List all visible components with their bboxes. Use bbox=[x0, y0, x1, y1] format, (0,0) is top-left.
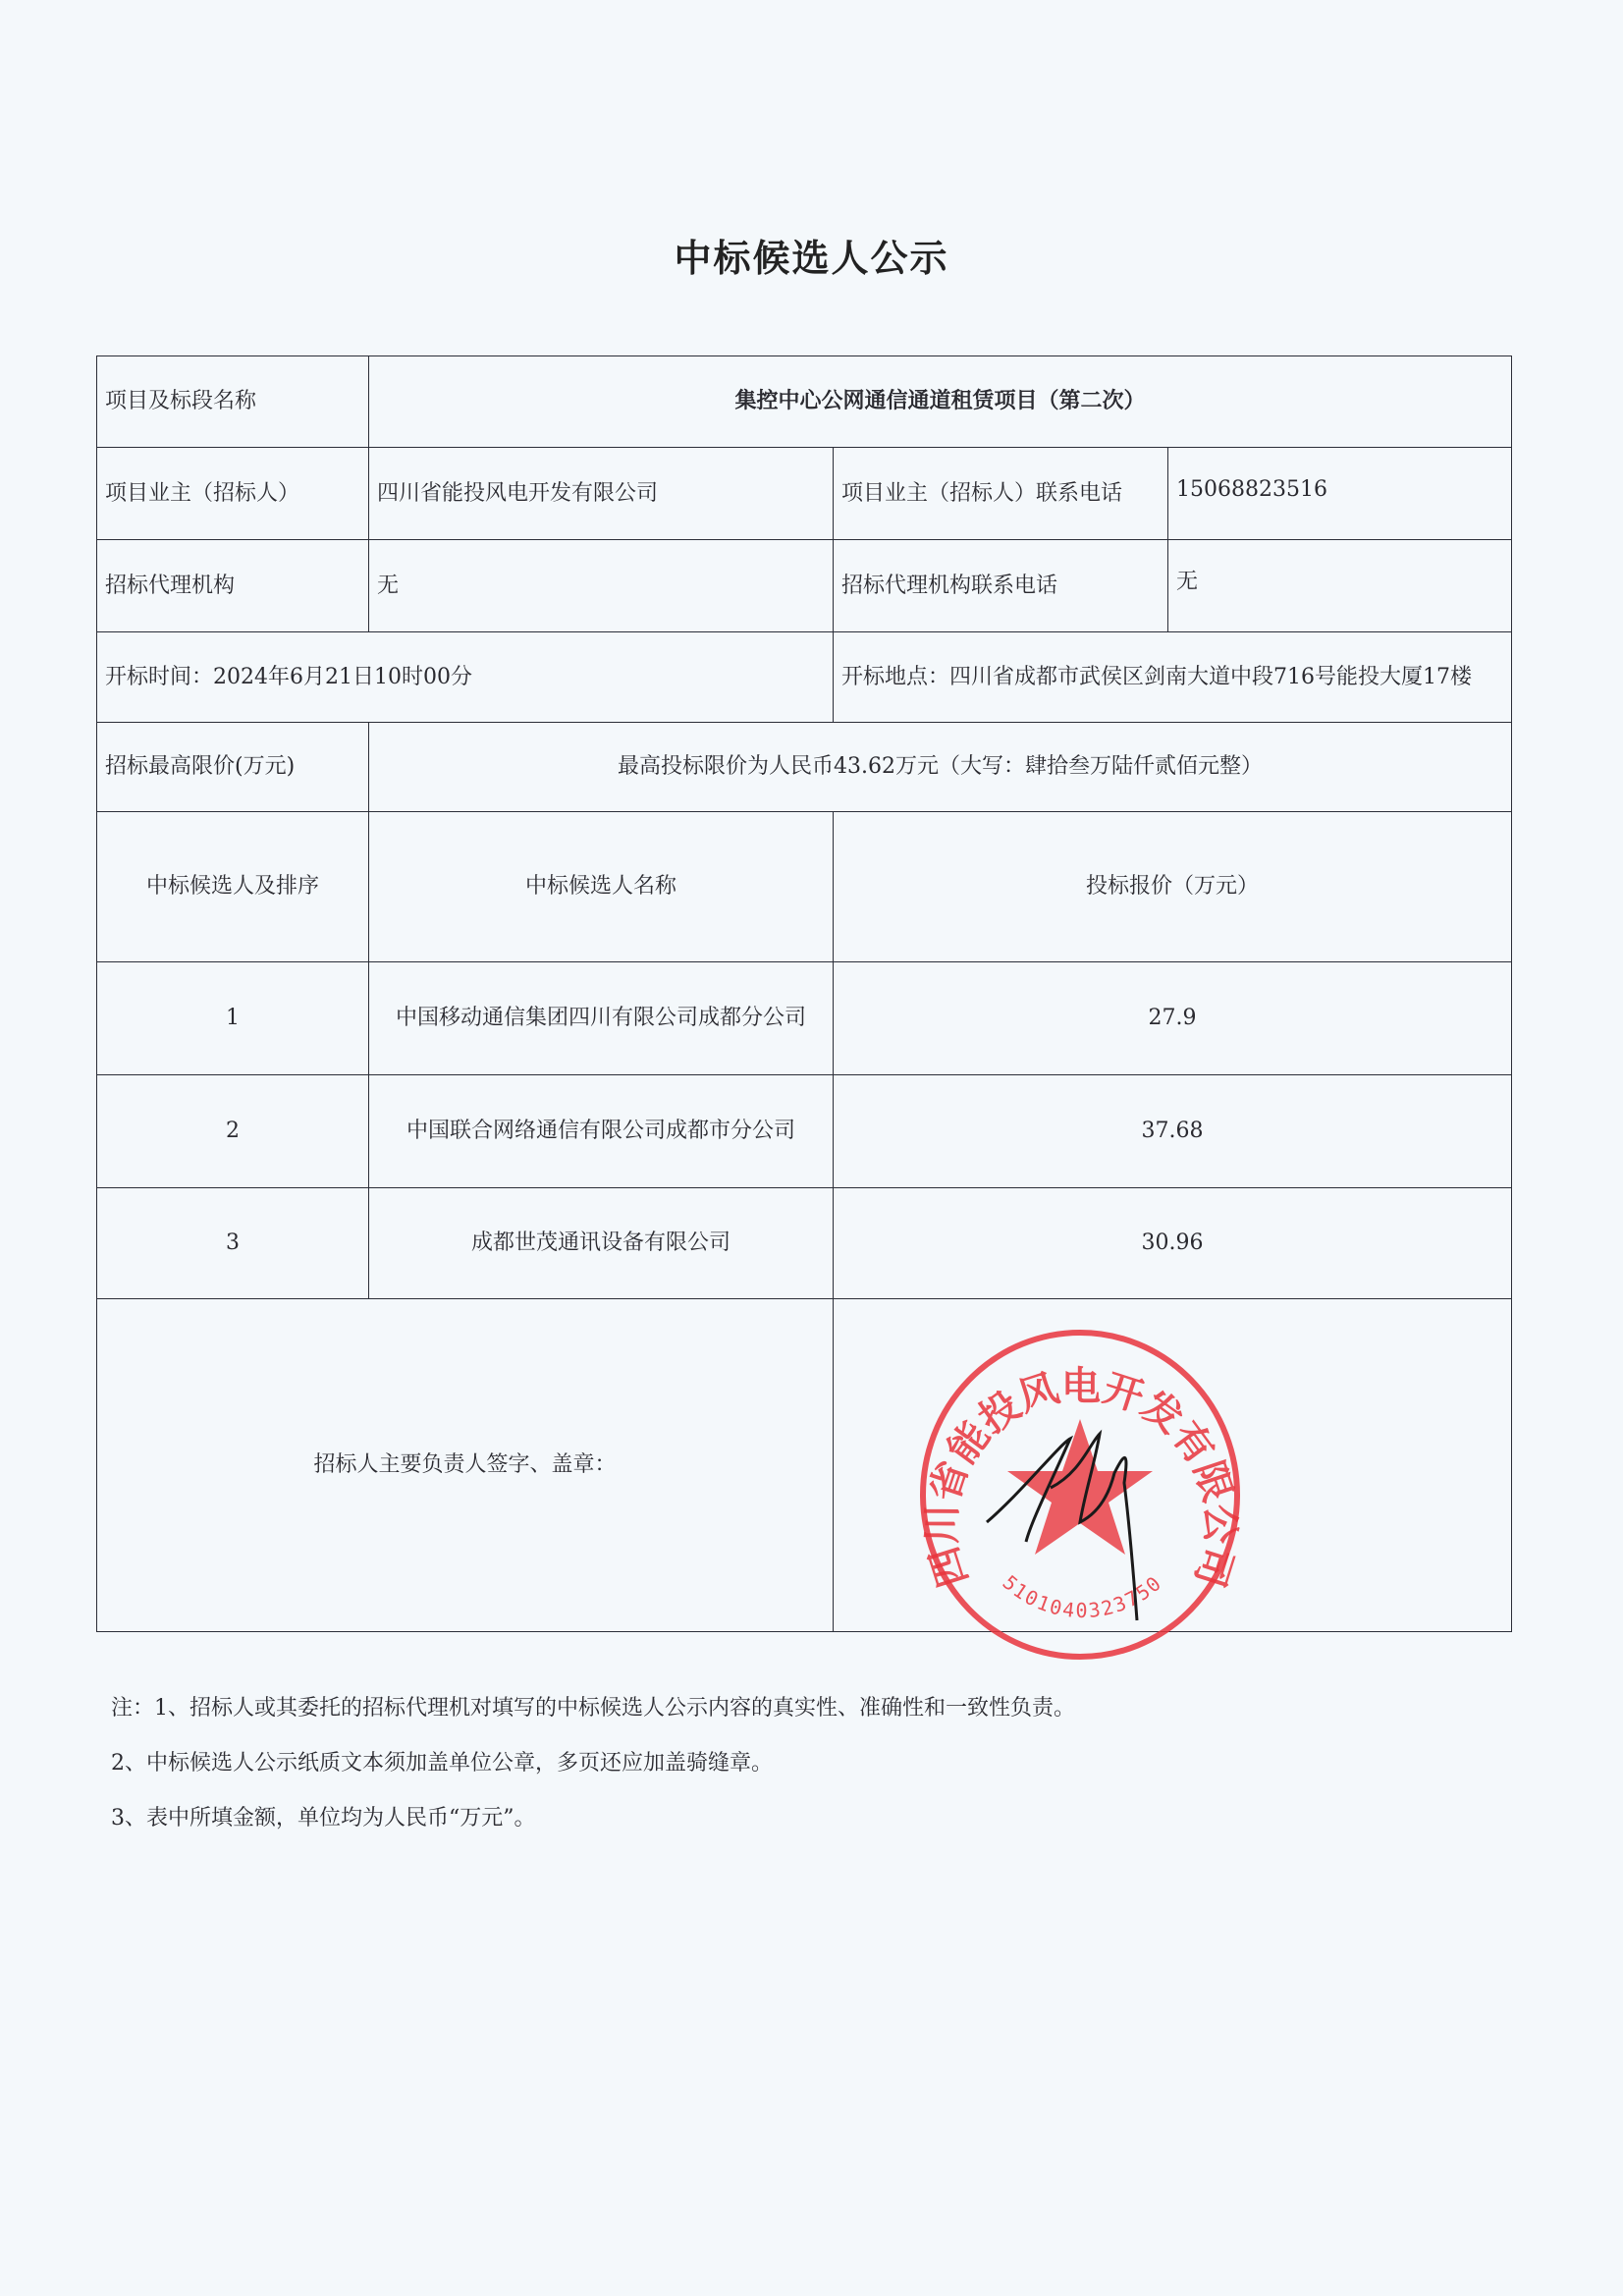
header-name: 中标候选人名称 bbox=[368, 811, 834, 962]
company-seal: 四川省能投风电开发有限公司 5101040323750 bbox=[913, 1326, 1247, 1665]
table-row-rank: 2 bbox=[96, 1074, 369, 1188]
table-row-name: 中国移动通信集团四川有限公司成都分公司 bbox=[368, 961, 834, 1075]
table-row-name: 成都世茂通讯设备有限公司 bbox=[368, 1187, 834, 1299]
signature-label: 招标人主要负责人签字、盖章： bbox=[96, 1298, 834, 1632]
project-label: 项目及标段名称 bbox=[96, 355, 369, 448]
owner-phone-value: 15068823516 bbox=[1167, 447, 1512, 540]
max-price-label: 招标最高限价(万元) bbox=[96, 722, 369, 812]
header-price: 投标报价（万元） bbox=[833, 811, 1512, 962]
table-row-price: 27.9 bbox=[833, 961, 1512, 1075]
header-rank: 中标候选人及排序 bbox=[96, 811, 369, 962]
table-row-price: 30.96 bbox=[833, 1187, 1512, 1299]
note-item: 注：1、招标人或其委托的招标代理机对填写的中标候选人公示内容的真实性、准确性和一… bbox=[111, 1681, 1075, 1736]
table-row-price: 37.68 bbox=[833, 1074, 1512, 1188]
table-row-rank: 3 bbox=[96, 1187, 369, 1299]
note-item: 3、表中所填金额，单位均为人民币“万元”。 bbox=[111, 1791, 1075, 1846]
open-place: 开标地点：四川省成都市武侯区剑南大道中段716号能投大厦17楼 bbox=[833, 631, 1512, 723]
notes-section: 注：1、招标人或其委托的招标代理机对填写的中标候选人公示内容的真实性、准确性和一… bbox=[111, 1681, 1075, 1846]
seal-stamp-icon: 四川省能投风电开发有限公司 5101040323750 bbox=[913, 1326, 1247, 1665]
agency-value: 无 bbox=[368, 539, 834, 632]
svg-text:5101040323750: 5101040323750 bbox=[999, 1570, 1167, 1622]
table-row-name: 中国联合网络通信有限公司成都市分公司 bbox=[368, 1074, 834, 1188]
seal-number: 5101040323750 bbox=[999, 1570, 1167, 1622]
max-price-value: 最高投标限价为人民币43.62万元（大写：肆拾叁万陆仟贰佰元整） bbox=[368, 722, 1512, 812]
owner-phone-label: 项目业主（招标人）联系电话 bbox=[833, 447, 1168, 540]
page-title: 中标候选人公示 bbox=[0, 228, 1623, 282]
owner-value: 四川省能投风电开发有限公司 bbox=[368, 447, 834, 540]
agency-label: 招标代理机构 bbox=[96, 539, 369, 632]
project-value: 集控中心公网通信通道租赁项目（第二次） bbox=[368, 355, 1512, 448]
agency-phone-label: 招标代理机构联系电话 bbox=[833, 539, 1168, 632]
table-row-rank: 1 bbox=[96, 961, 369, 1075]
open-time: 开标时间：2024年6月21日10时00分 bbox=[96, 631, 834, 723]
note-item: 2、中标候选人公示纸质文本须加盖单位公章，多页还应加盖骑缝章。 bbox=[111, 1736, 1075, 1791]
agency-phone-value: 无 bbox=[1167, 539, 1512, 632]
owner-label: 项目业主（招标人） bbox=[96, 447, 369, 540]
